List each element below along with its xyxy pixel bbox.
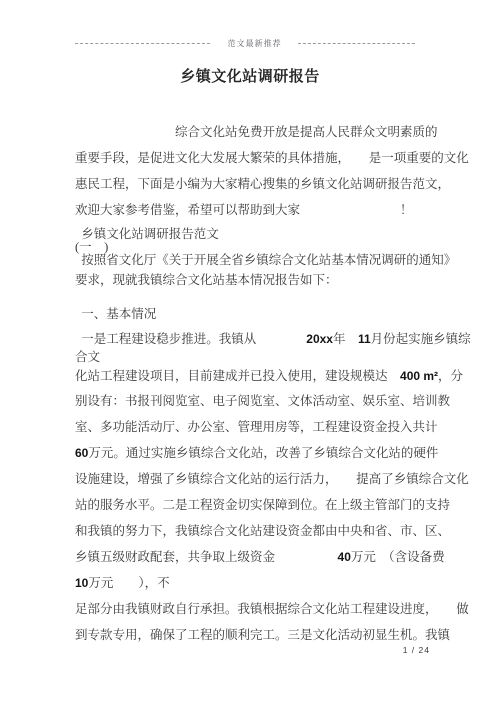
text-run: 乡镇五级财政配套，共争取上级资金: [75, 550, 338, 564]
text-run: 和我镇的努力下，我镇综合文化站建设资金都由中央和省、市、区、: [75, 524, 450, 538]
text-run: 惠民工程，下面是小编为大家精心搜集的乡镇文化站调研报告范文，: [75, 177, 450, 191]
body-line: 60万元。通过实施乡镇综合文化站，改善了乡镇综合文化站的硬件: [75, 440, 490, 466]
text-run: 别设有：书报刊阅览室、电子阅览室、文体活动室、娱乐室、培训教: [75, 394, 450, 408]
text-run: 综合文化站免费开放是提高人民群众文明素质的: [75, 125, 438, 139]
text-run: 合文: [75, 350, 100, 364]
body-line: 乡镇文化站调研报告范文: [75, 228, 490, 241]
text-run: 一是工程建设稳步推进。我镇从: [75, 332, 306, 346]
text-run: 欢迎大家参考借鉴，希望可以帮助到大家 ！: [75, 203, 413, 217]
body-line: 和我镇的努力下，我镇综合文化站建设资金都由中央和省、市、区、: [75, 518, 490, 544]
text-run: 按照省文化厅《关于开展全省乡镇综合文化站基本情况调研的通知》: [75, 253, 456, 267]
text-run: 万元 ），不: [88, 576, 169, 590]
body-line: 足部分由我镇财政自行承担。我镇根据综合文化站工程建设进度， 做: [75, 596, 490, 622]
text-run: 重要手段，是促进文化大发展大繁荣的具体措施， 是一项重要的文化: [75, 151, 469, 165]
body-line: 室、多功能活动厅、办公室、管理用房等，工程建设资金投入共计: [75, 414, 490, 440]
text-run: 室、多功能活动厅、办公室、管理用房等，工程建设资金投入共计: [75, 420, 438, 434]
text-run: 月份起实施乡镇综: [371, 332, 471, 346]
text-run: 要求，现就我镇综合文化站基本情况报告如下：: [75, 273, 338, 287]
numeric-text: 11: [358, 332, 371, 346]
body-line: 欢迎大家参考借鉴，希望可以帮助到大家 ！: [75, 197, 490, 223]
body-line: 按照省文化厅《关于开展全省乡镇综合文化站基本情况调研的通知》: [75, 254, 490, 267]
body-line: 惠民工程，下面是小编为大家精心搜集的乡镇文化站调研报告范文，: [75, 171, 490, 197]
numeric-text: 10: [75, 576, 88, 590]
body-line: 重要手段，是促进文化大发展大繁荣的具体措施， 是一项重要的文化: [75, 145, 490, 171]
body-line: 站的服务水平。二是工程资金切实保障到位。在上级主管部门的支持: [75, 492, 490, 518]
text-run: (一 ): [75, 240, 108, 254]
text-run: ，分: [438, 369, 463, 383]
body-line: 要求，现就我镇综合文化站基本情况报告如下：: [75, 267, 490, 293]
numeric-text: 20xx: [306, 332, 333, 346]
text-run: 万元 （含设备费: [351, 550, 445, 564]
header-rule-right: [298, 43, 415, 44]
document-body: 综合文化站免费开放是提高人民群众文明素质的重要手段，是促进文化大发展大繁荣的具体…: [0, 119, 500, 648]
body-line: 综合文化站免费开放是提高人民群众文明素质的: [75, 119, 490, 145]
text-run: 一、基本情况: [75, 307, 156, 321]
page-number: 1 / 24: [0, 645, 430, 655]
text-run: 年: [333, 332, 358, 346]
body-line: 化站工程建设项目，目前建成并已投入使用，建设规模达 400 m²，分: [75, 364, 490, 388]
numeric-text: 400 m²: [400, 369, 438, 383]
body-line: 一是工程建设稳步推进。我镇从 20xx年 11月份起实施乡镇综: [75, 327, 490, 351]
numeric-text: 40: [338, 550, 351, 564]
document-title: 乡镇文化站调研报告: [60, 66, 440, 88]
document-page: 范文最新推荐 乡镇文化站调研报告 综合文化站免费开放是提高人民群众文明素质的重要…: [0, 0, 500, 708]
text-run: 站的服务水平。二是工程资金切实保障到位。在上级主管部门的支持: [75, 498, 450, 512]
header-label: 范文最新推荐: [228, 38, 282, 49]
text-run: 到专款专用，确保了工程的顺利完工。三是文化活动初显生机。我镇: [75, 628, 450, 642]
numeric-text: 60: [75, 446, 88, 460]
header-rule-left: [75, 43, 210, 44]
page-header: 范文最新推荐: [75, 36, 415, 50]
body-line: 一、基本情况: [75, 301, 490, 327]
body-line: 合文: [75, 351, 490, 364]
text-run: 乡镇文化站调研报告范文: [75, 227, 219, 241]
text-run: 化站工程建设项目，目前建成并已投入使用，建设规模达: [75, 369, 400, 383]
body-line: 别设有：书报刊阅览室、电子阅览室、文体活动室、娱乐室、培训教: [75, 388, 490, 414]
body-line: 10万元 ），不: [75, 570, 490, 596]
body-line: 乡镇五级财政配套，共争取上级资金 40万元 （含设备费: [75, 544, 490, 570]
text-run: 足部分由我镇财政自行承担。我镇根据综合文化站工程建设进度， 做: [75, 602, 469, 616]
body-line: 设施建设，增强了乡镇综合文化站的运行活力， 提高了乡镇综合文化: [75, 466, 490, 492]
text-run: 万元。通过实施乡镇综合文化站，改善了乡镇综合文化站的硬件: [88, 446, 438, 460]
text-run: 设施建设，增强了乡镇综合文化站的运行活力， 提高了乡镇综合文化: [75, 472, 469, 486]
